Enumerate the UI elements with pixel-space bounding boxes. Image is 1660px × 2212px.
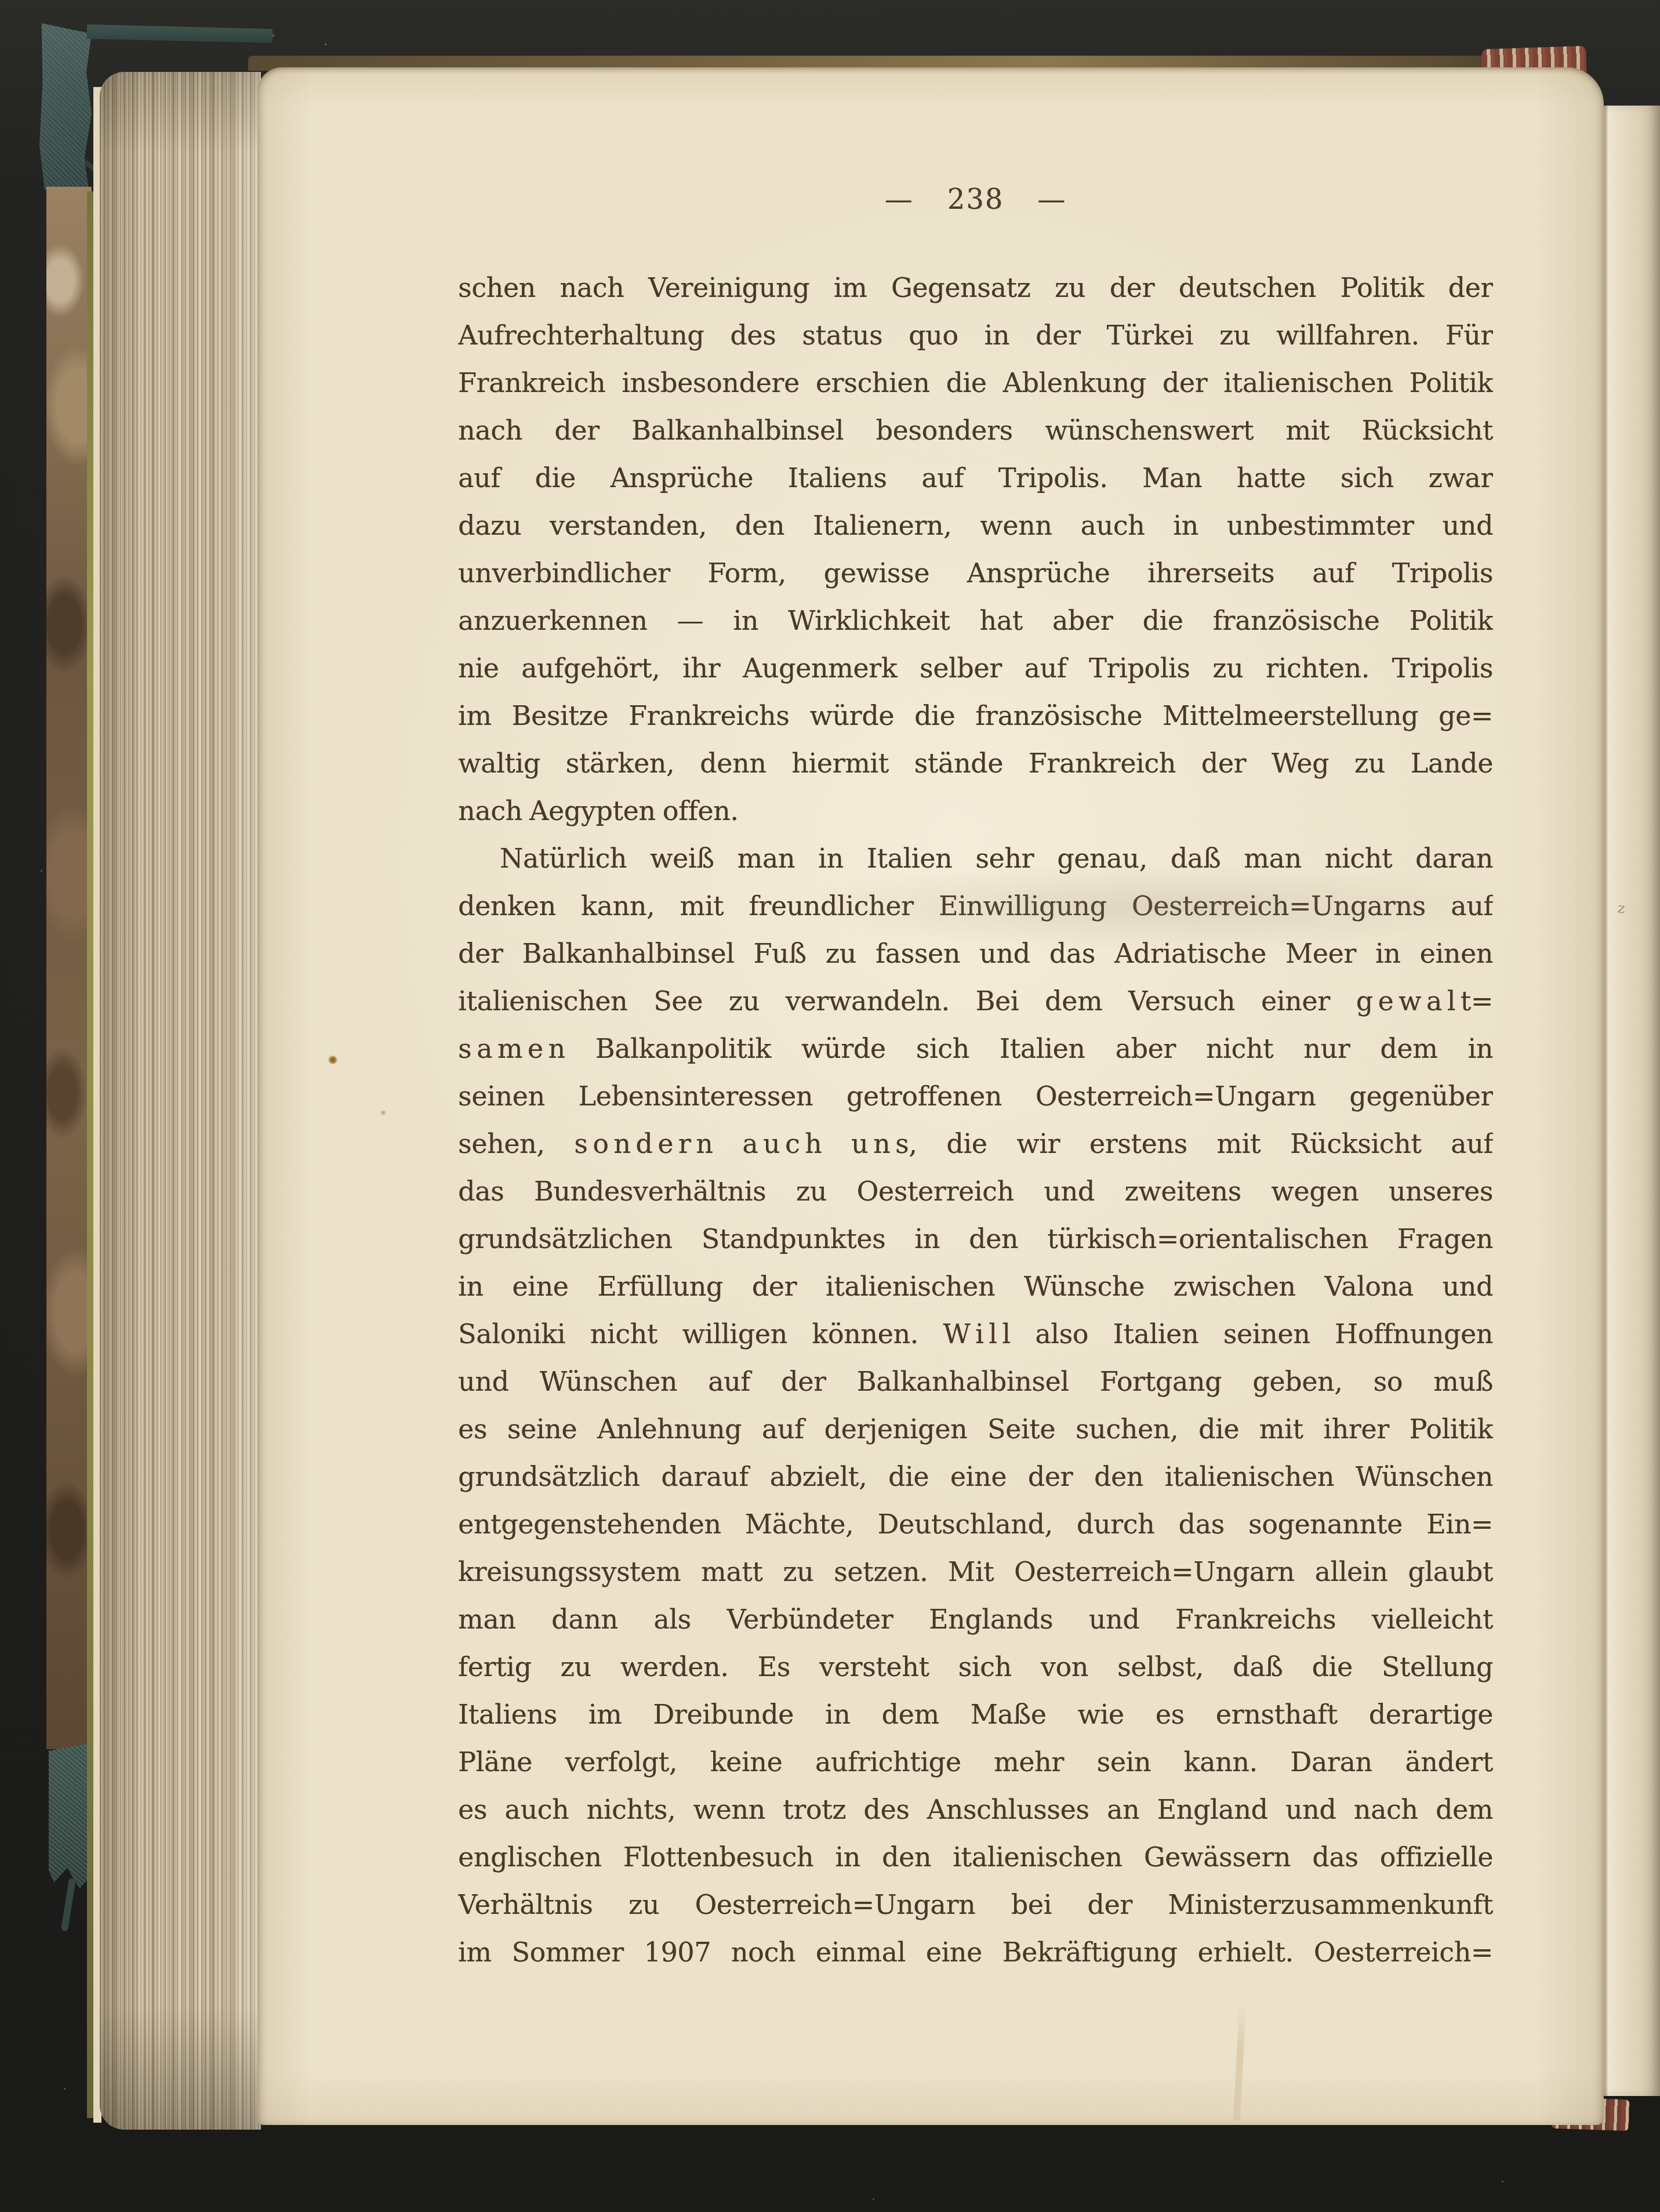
text-line: grundsätzlichen Standpunktes in den türk… (458, 1215, 1493, 1263)
cover-board-edge (46, 187, 92, 1749)
text-line: es seine Anlehnung auf derjenigen Seite … (458, 1405, 1493, 1453)
text-line: waltig stärken, denn hiermit stände Fran… (458, 739, 1493, 787)
text-line: im Sommer 1907 noch einmal eine Bekräfti… (458, 1928, 1493, 1976)
board-edge-line (87, 191, 93, 2118)
text-line: das Bundesverhältnis zu Oesterreich und … (458, 1167, 1493, 1215)
text-line: Aufrechterhaltung des status quo in der … (458, 311, 1493, 359)
text-line: italienischen See zu verwandeln. Bei dem… (458, 977, 1493, 1025)
text-line: grundsätzlich darauf abzielt, die eine d… (458, 1453, 1493, 1500)
page-header: — 238 — (458, 181, 1493, 218)
text-line: Pläne verfolgt, keine aufrichtige mehr s… (458, 1738, 1493, 1786)
text-line: s a m e n Balkanpolitik würde sich Itali… (458, 1025, 1493, 1072)
book-page: — 238 — schen nach Vereinigung im Gegens… (257, 67, 1604, 2125)
text-line: sehen, s o n d e r n a u c h u n s, die … (458, 1120, 1493, 1167)
text-line: nach der Balkanhalbinsel besonders wünsc… (458, 407, 1493, 454)
text-line: nach Aegypten offen. (458, 787, 1493, 835)
cover-cloth-top-band (87, 24, 273, 43)
text-line: auf die Ansprüche Italiens auf Tripolis.… (458, 454, 1493, 502)
text-line: es auch nichts, wenn trotz des Anschluss… (458, 1786, 1493, 1833)
text-line: nie aufgehört, ihr Augenmerk selber auf … (458, 644, 1493, 692)
text-line: anzuerkennen — in Wirklichkeit hat aber … (458, 597, 1493, 644)
text-line: seinen Lebensinteressen getroffenen Oest… (458, 1072, 1493, 1120)
text-line: kreisungssystem matt zu setzen. Mit Oest… (458, 1548, 1493, 1595)
text-line: Verhältnis zu Oesterreich=Ungarn bei der… (458, 1881, 1493, 1928)
cover-cloth-bottom-corner (49, 1742, 93, 1888)
text-line: schen nach Vereinigung im Gegensatz zu d… (458, 264, 1493, 311)
header-dash-right: — (1037, 183, 1066, 216)
text-line: englischen Flottenbesuch in den italieni… (458, 1833, 1493, 1881)
foxing-spot (380, 1110, 386, 1115)
text-line: und Wünschen auf der Balkanhalbinsel For… (458, 1358, 1493, 1405)
water-streak (1233, 2004, 1246, 2120)
fanned-page-edges (100, 72, 261, 2130)
text-line: dazu verstanden, den Italienern, wenn au… (458, 502, 1493, 549)
gutter-facing-page (1604, 106, 1660, 2096)
cover-cloth-top-corner (39, 23, 92, 197)
text-line: Saloniki nicht willigen können. W i l l … (458, 1310, 1493, 1358)
text-line: man dann als Verbündeter Englands und Fr… (458, 1595, 1493, 1643)
frayed-thread (61, 1878, 76, 1932)
dust-specks (273, 35, 274, 37)
text-line: Italiens im Dreibunde in dem Maße wie es… (458, 1691, 1493, 1738)
text-line: im Besitze Frankreichs würde die französ… (458, 692, 1493, 739)
text-line: in eine Erfüllung der italienischen Wüns… (458, 1263, 1493, 1310)
foxing-spot (328, 1056, 337, 1064)
stain (783, 863, 1519, 950)
text-line: unverbindlicher Form, gewisse Ansprüche … (458, 549, 1493, 597)
text-line: fertig zu werden. Es versteht sich von s… (458, 1643, 1493, 1691)
text-block: schen nach Vereinigung im Gegensatz zu d… (458, 264, 1493, 1976)
text-line: entgegenstehenden Mächte, Deutschland, d… (458, 1500, 1493, 1548)
book-photo: z — 238 — schen nach Vereinigung im Gege… (0, 0, 1660, 2212)
page-number: 238 (947, 183, 1004, 216)
text-line: Frankreich insbesondere erschien die Abl… (458, 359, 1493, 407)
header-dash-left: — (885, 183, 914, 216)
